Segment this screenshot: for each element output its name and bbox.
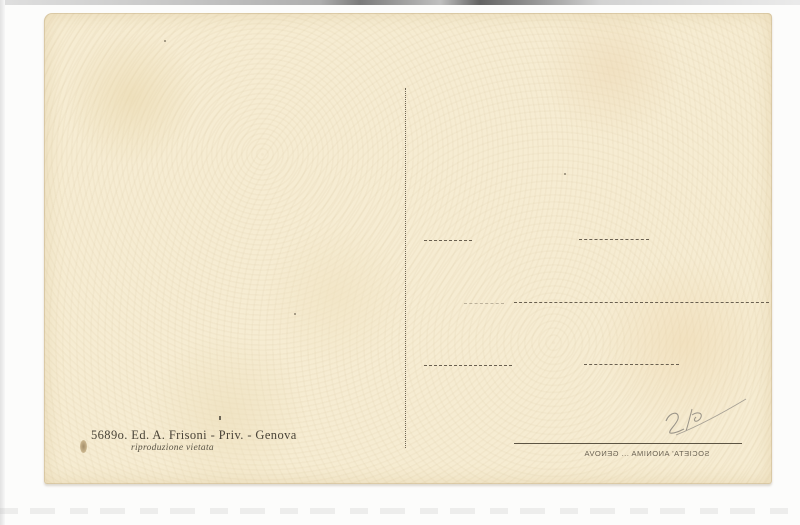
publisher-line: 5689o. Ed. A. Frisoni - Priv. - Genova [91, 428, 297, 443]
publisher-imprint: 5689o. Ed. A. Frisoni - Priv. - Genova r… [91, 428, 297, 453]
scan-bottom-artifact [0, 508, 800, 514]
address-line-3-left [424, 365, 512, 366]
handwritten-pencil-note-icon [656, 391, 756, 441]
print-tick-mark [219, 416, 221, 420]
bottom-rule [514, 443, 742, 444]
paper-stain [80, 440, 87, 453]
address-line-1-left [424, 240, 472, 241]
message-address-divider [405, 88, 406, 448]
mirrored-bleed-through-text: SOCIETA' ANONIMA ... GENOVA [584, 449, 710, 458]
address-line-2-faint [464, 303, 504, 304]
address-line-2 [514, 302, 769, 303]
scanned-page: 5689o. Ed. A. Frisoni - Priv. - Genova r… [0, 0, 800, 525]
address-line-3-right [584, 364, 679, 365]
scan-top-edge [0, 0, 800, 5]
paper-speck [294, 313, 296, 315]
paper-speck [164, 40, 166, 42]
paper-speck [564, 173, 566, 175]
address-line-1-right [579, 239, 649, 240]
reproduction-notice: riproduzione vietata [131, 443, 297, 453]
scan-left-edge [0, 0, 5, 525]
postcard-back: 5689o. Ed. A. Frisoni - Priv. - Genova r… [44, 13, 772, 484]
